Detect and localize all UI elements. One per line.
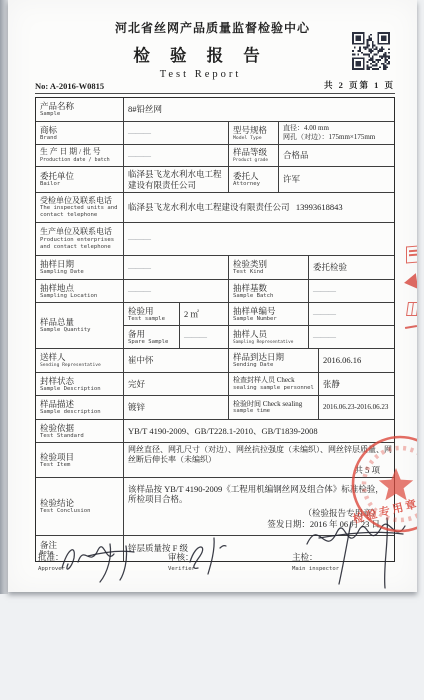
sampling-rep-label: 抽样人员 Sampling Representative: [229, 326, 309, 348]
inspected-value: 临泽县飞龙水利水电工程建设有限责任公司 13993618843: [124, 193, 394, 222]
sampling-date-label: 抽样日期 Sampling Date: [36, 256, 124, 279]
edge-stamp-arrow-icon: [403, 273, 417, 291]
edge-stamp-marks: [402, 246, 417, 338]
report-number-line: No: A-2016-W0815 共 2 页第 1 页: [35, 79, 395, 94]
sample-number-value: ———: [309, 303, 394, 325]
brand-value: ———: [124, 122, 229, 144]
seal-status-value: 完好: [124, 373, 229, 395]
approver-signature: [54, 534, 154, 586]
row-producer-unit: 生产单位及联系电话 Production enterprises and con…: [36, 223, 394, 256]
model-value: 直径：4.00 mm 网孔（对边）：175mm×175mm: [279, 122, 394, 144]
sample-batch-label: 抽样基数 Sample Batch: [229, 280, 309, 302]
row-inspected-unit: 受检单位及联系电话 The inspected units and contac…: [36, 193, 394, 223]
test-sample-label: 检验用 Test sample: [124, 303, 180, 325]
production-date-label: 生 产 日 期 / 批 号 Production date / batch: [36, 145, 124, 166]
producer-label: 生产单位及联系电话 Production enterprises and con…: [36, 223, 124, 255]
inspected-label: 受检单位及联系电话 The inspected units and contac…: [36, 193, 124, 222]
sending-date-label: 样品到达日期 Sending Date: [229, 349, 319, 372]
sampling-rep-value: ———: [309, 326, 394, 348]
grade-label: 样品等级 Product grade: [229, 145, 279, 166]
verifier-signature: [180, 532, 236, 578]
spare-sample-value: ———: [180, 326, 229, 348]
test-conclusion-label: 检验结论 Test Conclusion: [36, 478, 124, 535]
seal-status-label: 封样状态 Sample Description: [36, 373, 124, 395]
sample-quantity-subgrid: 检验用 Test sample 2 ㎡ 抽样单编号 Sample Number …: [124, 303, 394, 348]
edge-stamp-box: [406, 246, 417, 264]
product-name-value: 8#铅丝网: [124, 98, 394, 121]
scan-edge-shadow: [0, 0, 8, 594]
test-item-label: 检验项目 Test Item: [36, 443, 124, 477]
attorney-value: 许军: [279, 167, 394, 192]
check-personnel-value: 张静: [319, 373, 394, 395]
report-number: No: A-2016-W0815: [35, 81, 104, 91]
sample-desc-value: 镀锌: [124, 396, 229, 419]
document-paper: 河北省丝网产品质量监督检验中心 检 验 报 告 Test Report No: …: [8, 0, 417, 592]
sampling-location-label: 抽样地点 Sampling Location: [36, 280, 124, 302]
inspection-seal-stamp: [338, 427, 417, 549]
production-date-value: ———: [124, 145, 229, 166]
edge-stamp-glyph: [406, 302, 417, 316]
sending-date-value: 2016.06.16: [319, 349, 394, 372]
sending-rep-value: 崔中怀: [124, 349, 229, 372]
sample-number-label: 抽样单编号 Sample Number: [229, 303, 309, 325]
product-name-label: 产品名称 Sample: [36, 98, 124, 121]
row-sample-quantity: 样品总量 Sample Quantity 检验用 Test sample 2 ㎡…: [36, 303, 394, 349]
bailor-value: 临泽县飞龙水利水电工程建设有限责任公司: [124, 167, 229, 192]
row-sampling-date: 抽样日期 Sampling Date ——— 检验类别 Test Kind 委托…: [36, 256, 394, 280]
test-standard-label: 检验依据 Test Standard: [36, 420, 124, 442]
attorney-label: 委托人 Attorney: [229, 167, 279, 192]
sample-desc-label: 样品描述 Sample description: [36, 396, 124, 419]
sample-quantity-label: 样品总量 Sample Quantity: [36, 303, 124, 348]
edge-stamp-dash: [405, 325, 417, 329]
sending-rep-label: 送样人 Sending Representative: [36, 349, 124, 372]
grade-value: 合格品: [279, 145, 394, 166]
row-sample-desc: 样品描述 Sample description 镀锌 检验时间 Check se…: [36, 396, 394, 420]
report-title: 检 验 报 告: [8, 42, 393, 66]
check-time-value: 2016.06.23-2016.06.23: [319, 396, 394, 419]
producer-value: ———: [124, 223, 394, 255]
bailor-label: 委托单位 Bailor: [36, 167, 124, 192]
model-label: 型号规格 Model Type: [229, 122, 279, 144]
sampling-date-value: ———: [124, 256, 229, 279]
test-kind-label: 检验类别 Test Kind: [229, 256, 309, 279]
sampling-location-value: ———: [124, 280, 229, 302]
brand-label: 商标 Brand: [36, 122, 124, 144]
row-product-name: 产品名称 Sample 8#铅丝网: [36, 98, 394, 122]
check-personnel-label: 检查封样人员 Check sealing sample personnel: [229, 373, 319, 395]
row-production-grade: 生 产 日 期 / 批 号 Production date / batch ——…: [36, 145, 394, 167]
page-indicator: 共 2 页第 1 页: [324, 79, 395, 91]
test-kind-value: 委托检验: [309, 256, 394, 279]
row-bailor: 委托单位 Bailor 临泽县飞龙水利水电工程建设有限责任公司 委托人 Atto…: [36, 167, 394, 193]
row-sending-rep: 送样人 Sending Representative 崔中怀 样品到达日期 Se…: [36, 349, 394, 373]
sample-batch-value: ———: [309, 280, 394, 302]
seal-star-icon: [379, 468, 413, 500]
row-brand-model: 商标 Brand ——— 型号规格 Model Type 直径：4.00 mm …: [36, 122, 394, 145]
check-time-label: 检验时间 Check sealing sample time: [229, 396, 319, 419]
row-sampling-location: 抽样地点 Sampling Location ——— 抽样基数 Sample B…: [36, 280, 394, 303]
row-seal-status: 封样状态 Sample Description 完好 检查封样人员 Check …: [36, 373, 394, 396]
test-sample-value: 2 ㎡: [180, 303, 229, 325]
spare-sample-label: 备用 Spare Sample: [124, 326, 180, 348]
